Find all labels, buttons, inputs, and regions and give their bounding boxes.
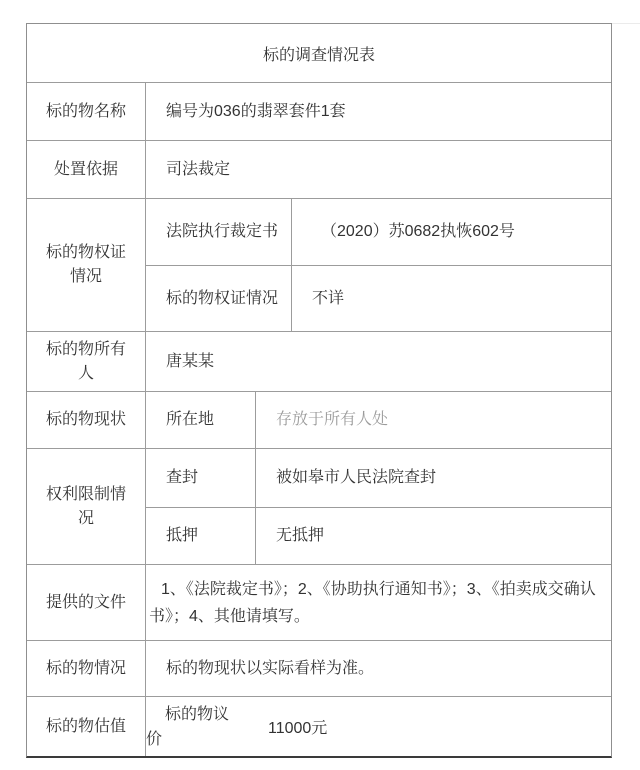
- subrow-value: 存放于所有人处: [256, 392, 611, 448]
- valuation-value: 11000元: [268, 715, 327, 738]
- valuation-sublabel: 标的物议价: [146, 702, 242, 752]
- row-subject-condition: 标的物情况 标的物现状以实际看样为准。: [27, 640, 611, 696]
- row-label: 标的物名称: [27, 83, 146, 140]
- row-label: 标的物所有人: [27, 332, 146, 391]
- subrow-label: 抵押: [146, 508, 256, 564]
- subrow-mortgage: 抵押 无抵押: [146, 507, 611, 564]
- subrow-court-ruling: 法院执行裁定书 （2020）苏0682执恢602号: [146, 199, 611, 265]
- valuation-area: 标的物议价 11000元: [146, 697, 611, 756]
- subrow-value: 不详: [292, 266, 611, 331]
- row-value: 1、《法院裁定书》；2、《协助执行通知书》；3、《拍卖成交确认书》；4、其他请填…: [146, 565, 611, 640]
- subrow-certificate-status: 标的物权证情况 不详: [146, 265, 611, 331]
- row-value: 司法裁定: [146, 141, 611, 198]
- row-provided-documents: 提供的文件 1、《法院裁定书》；2、《协助执行通知书》；3、《拍卖成交确认书》；…: [27, 564, 611, 640]
- row-rights-restriction-group: 权利限制情况 查封 被如皋市人民法院查封 抵押 无抵押: [27, 448, 611, 564]
- table-title: 标的调查情况表: [27, 24, 611, 82]
- row-subject-name: 标的物名称 编号为036的翡翠套件1套: [27, 82, 611, 140]
- row-value: 编号为036的翡翠套件1套: [146, 83, 611, 140]
- row-label: 处置依据: [27, 141, 146, 198]
- subrow-label: 法院执行裁定书: [146, 199, 292, 265]
- subrow-location: 所在地 存放于所有人处: [146, 392, 611, 448]
- row-current-status: 标的物现状 所在地 存放于所有人处: [27, 391, 611, 448]
- investigation-table: 标的调查情况表 标的物名称 编号为036的翡翠套件1套 处置依据 司法裁定 标的…: [26, 23, 612, 758]
- subrow-value: （2020）苏0682执恢602号: [292, 199, 611, 265]
- row-label: 标的物情况: [27, 641, 146, 696]
- subrow-label: 所在地: [146, 392, 256, 448]
- row-label: 标的物现状: [27, 392, 146, 448]
- table-title-row: 标的调查情况表: [27, 24, 611, 82]
- row-value: 标的物现状以实际看样为准。: [146, 641, 611, 696]
- row-disposal-basis: 处置依据 司法裁定: [27, 140, 611, 198]
- row-title-certificate-group: 标的物权证情况 法院执行裁定书 （2020）苏0682执恢602号 标的物权证情…: [27, 198, 611, 331]
- subrow-value: 被如皋市人民法院查封: [256, 449, 611, 507]
- row-owner: 标的物所有人 唐某某: [27, 331, 611, 391]
- documents-text: 1、《法院裁定书》；2、《协助执行通知书》；3、《拍卖成交确认书》；4、其他请填…: [149, 576, 599, 630]
- row-subject-valuation: 标的物估值 标的物议价 11000元: [27, 696, 611, 756]
- subrow-label: 标的物权证情况: [146, 266, 292, 331]
- row-value: 唐某某: [146, 332, 611, 391]
- certificate-subrows: 法院执行裁定书 （2020）苏0682执恢602号 标的物权证情况 不详: [146, 199, 611, 331]
- subrow-value: 无抵押: [256, 508, 611, 564]
- status-subrows: 所在地 存放于所有人处: [146, 392, 611, 448]
- row-label: 提供的文件: [27, 565, 146, 640]
- subrow-seizure: 查封 被如皋市人民法院查封: [146, 449, 611, 507]
- row-label: 标的物权证情况: [27, 199, 146, 331]
- subrow-label: 查封: [146, 449, 256, 507]
- row-label: 权利限制情况: [27, 449, 146, 564]
- page-top-rule: [612, 23, 640, 24]
- row-label: 标的物估值: [27, 697, 146, 756]
- restriction-subrows: 查封 被如皋市人民法院查封 抵押 无抵押: [146, 449, 611, 564]
